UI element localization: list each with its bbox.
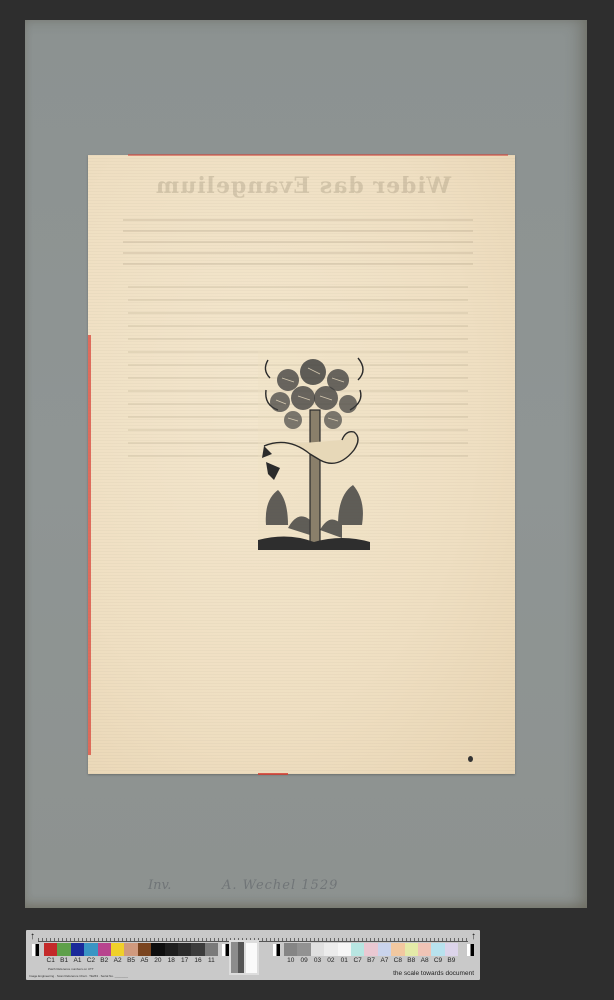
show-through-text — [123, 210, 473, 274]
patch-11 — [205, 943, 218, 956]
woodcut-tree-device — [258, 350, 370, 550]
patch-labels-left: C1 B1 A1 C2 B2 A2 B5 A5 20 18 17 16 11 — [44, 957, 218, 964]
patch-reference-note: Patch Reference numbers on UTT — [48, 967, 94, 971]
gray-reference-mid-right — [273, 944, 280, 956]
patch-label: C1 — [44, 957, 57, 964]
patch-label: 17 — [178, 957, 191, 964]
patch-03 — [311, 943, 324, 956]
color-patches-left — [44, 943, 218, 956]
patch-a7 — [378, 943, 391, 956]
patch-label: A2 — [111, 957, 124, 964]
patch-label: A7 — [378, 957, 391, 964]
patch-a8 — [418, 943, 431, 956]
patch-01 — [338, 943, 351, 956]
ink-spot — [468, 756, 473, 762]
chart-footer-note: Image Engineering · Scan Reference Chart… — [29, 974, 128, 978]
patch-c7 — [351, 943, 364, 956]
pencil-note-attribution: A. Wechel 1529 — [222, 878, 338, 893]
patch-02 — [324, 943, 337, 956]
chart-tagline: the scale towards document — [393, 970, 474, 977]
patch-c8 — [391, 943, 404, 956]
patch-label: B5 — [124, 957, 137, 964]
gray-wedge-reference — [229, 940, 259, 975]
patch-10 — [284, 943, 297, 956]
patch-16 — [191, 943, 204, 956]
gray-reference-mid-left — [222, 944, 229, 956]
patch-labels-right: 10 09 03 02 01 C7 B7 A7 C8 B8 A8 C9 B9 — [284, 957, 458, 964]
patch-a5 — [138, 943, 151, 956]
patch-label: 03 — [311, 957, 324, 964]
patch-09 — [297, 943, 310, 956]
patch-b8 — [405, 943, 418, 956]
gray-reference-left — [32, 944, 39, 956]
patch-label: C8 — [391, 957, 404, 964]
patch-label: C9 — [431, 957, 444, 964]
pencil-note-inventory: Inv. — [148, 878, 171, 893]
up-arrow-icon: ↑ — [471, 932, 476, 942]
patch-label: 02 — [324, 957, 337, 964]
document-sheet: Wider das Evangelium — [88, 155, 515, 774]
patch-20 — [151, 943, 164, 956]
red-edge-top — [128, 154, 508, 156]
patch-label: 18 — [165, 957, 178, 964]
patch-label: C2 — [84, 957, 97, 964]
patch-label: B7 — [364, 957, 377, 964]
patch-b9 — [445, 943, 458, 956]
patch-label: B2 — [98, 957, 111, 964]
patch-label: C7 — [351, 957, 364, 964]
patch-b1 — [57, 943, 70, 956]
patch-label: 16 — [191, 957, 204, 964]
gray-reference-right — [467, 944, 474, 956]
patch-c1 — [44, 943, 57, 956]
patch-label: B1 — [57, 957, 70, 964]
patch-label: B9 — [445, 957, 458, 964]
color-reference-chart: ↑ ↑ C1 B1 A1 C2 B2 A2 B5 A5 20 18 17 16 … — [26, 930, 480, 980]
patch-18 — [165, 943, 178, 956]
patch-a2 — [111, 943, 124, 956]
patch-c2 — [84, 943, 97, 956]
patch-label: 20 — [151, 957, 164, 964]
patch-label: B8 — [405, 957, 418, 964]
red-edge-bottom — [258, 773, 288, 775]
patch-c9 — [431, 943, 444, 956]
show-through-heading: Wider das Evangelium — [118, 173, 488, 199]
patch-a1 — [71, 943, 84, 956]
patch-b2 — [98, 943, 111, 956]
patch-label: 11 — [205, 957, 218, 964]
patch-label: A5 — [138, 957, 151, 964]
patch-b5 — [124, 943, 137, 956]
patch-label: A1 — [71, 957, 84, 964]
patch-label: 09 — [297, 957, 310, 964]
patch-label: 01 — [338, 957, 351, 964]
patch-label: 10 — [284, 957, 297, 964]
patch-label: A8 — [418, 957, 431, 964]
up-arrow-icon: ↑ — [30, 932, 35, 942]
red-edge-left — [88, 335, 91, 755]
patch-b7 — [364, 943, 377, 956]
color-patches-right — [284, 943, 458, 956]
patch-17 — [178, 943, 191, 956]
